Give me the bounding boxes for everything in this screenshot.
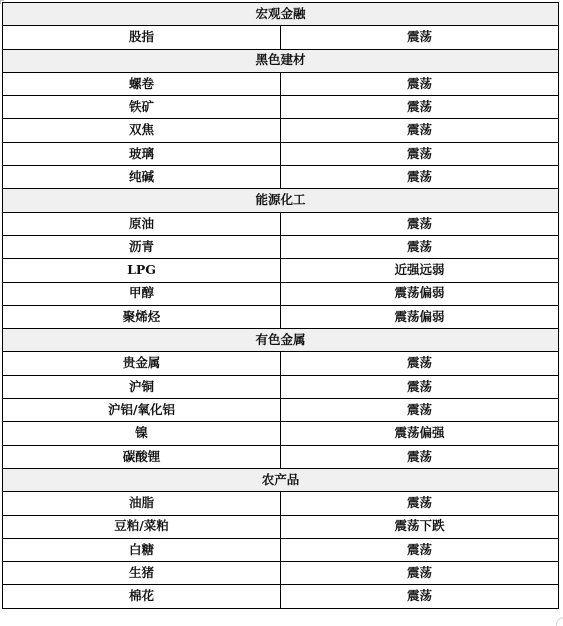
commodity-name: 沪铜 bbox=[3, 375, 281, 398]
commodity-name: 螺卷 bbox=[3, 72, 281, 95]
table-row: 生猪 震荡 bbox=[3, 562, 559, 585]
commodity-name: 甲醇 bbox=[3, 282, 281, 305]
table-row: 螺卷 震荡 bbox=[3, 72, 559, 95]
commodity-name: 棉花 bbox=[3, 585, 281, 608]
commodity-view: 震荡 bbox=[281, 585, 559, 608]
table-row: 镍 震荡偏强 bbox=[3, 422, 559, 445]
section-title: 农产品 bbox=[3, 468, 559, 491]
commodity-view: 震荡 bbox=[281, 399, 559, 422]
commodity-view: 震荡 bbox=[281, 445, 559, 468]
commodity-view: 近强远弱 bbox=[281, 259, 559, 282]
commodity-view: 震荡 bbox=[281, 119, 559, 142]
table-row: 纯碱 震荡 bbox=[3, 166, 559, 189]
commodity-name: 原油 bbox=[3, 212, 281, 235]
section-title: 能源化工 bbox=[3, 189, 559, 212]
commodity-view: 震荡 bbox=[281, 352, 559, 375]
commodity-name: 玻璃 bbox=[3, 142, 281, 165]
commodity-view: 震荡 bbox=[281, 212, 559, 235]
table-row: 白糖 震荡 bbox=[3, 538, 559, 561]
table-row: 聚烯烃 震荡偏弱 bbox=[3, 305, 559, 328]
commodity-view: 震荡 bbox=[281, 562, 559, 585]
commodity-name: 生猪 bbox=[3, 562, 281, 585]
table-row: 碳酸锂 震荡 bbox=[3, 445, 559, 468]
section-header-macro-finance: 宏观金融 bbox=[3, 3, 559, 26]
table-row: 沥青 震荡 bbox=[3, 235, 559, 258]
section-title: 宏观金融 bbox=[3, 3, 559, 26]
section-header-nonferrous-metals: 有色金属 bbox=[3, 329, 559, 352]
commodity-name: 聚烯烃 bbox=[3, 305, 281, 328]
table-row: 沪铝/氧化铝 震荡 bbox=[3, 399, 559, 422]
table-row: 沪铜 震荡 bbox=[3, 375, 559, 398]
commodity-view: 震荡偏弱 bbox=[281, 282, 559, 305]
table-row: 贵金属 震荡 bbox=[3, 352, 559, 375]
commodity-name: 双焦 bbox=[3, 119, 281, 142]
commodity-view: 震荡 bbox=[281, 492, 559, 515]
table-row: 双焦 震荡 bbox=[3, 119, 559, 142]
table-row: 豆粕/菜粕 震荡下跌 bbox=[3, 515, 559, 538]
table-row: LPG 近强远弱 bbox=[3, 259, 559, 282]
table-row: 铁矿 震荡 bbox=[3, 96, 559, 119]
section-header-ferrous-building: 黑色建材 bbox=[3, 49, 559, 72]
window-corner-decoration bbox=[556, 617, 563, 626]
table-row: 油脂 震荡 bbox=[3, 492, 559, 515]
commodity-view: 震荡 bbox=[281, 26, 559, 49]
commodity-view: 震荡偏强 bbox=[281, 422, 559, 445]
commodity-name: 碳酸锂 bbox=[3, 445, 281, 468]
commodity-name: 沥青 bbox=[3, 235, 281, 258]
commodity-name: 沪铝/氧化铝 bbox=[3, 399, 281, 422]
commodity-name: 镍 bbox=[3, 422, 281, 445]
commodity-view: 震荡 bbox=[281, 235, 559, 258]
commodity-name: 白糖 bbox=[3, 538, 281, 561]
section-title: 黑色建材 bbox=[3, 49, 559, 72]
commodity-name: 纯碱 bbox=[3, 166, 281, 189]
commodity-view: 震荡 bbox=[281, 96, 559, 119]
commodity-name: 豆粕/菜粕 bbox=[3, 515, 281, 538]
section-title: 有色金属 bbox=[3, 329, 559, 352]
commodity-view: 震荡 bbox=[281, 375, 559, 398]
commodity-name: 铁矿 bbox=[3, 96, 281, 119]
commodity-name: 油脂 bbox=[3, 492, 281, 515]
commodity-name: LPG bbox=[3, 259, 281, 282]
section-header-agricultural: 农产品 bbox=[3, 468, 559, 491]
table-row: 棉花 震荡 bbox=[3, 585, 559, 608]
section-header-energy-chemicals: 能源化工 bbox=[3, 189, 559, 212]
commodity-view: 震荡 bbox=[281, 538, 559, 561]
commodity-view: 震荡偏弱 bbox=[281, 305, 559, 328]
commodity-name: 股指 bbox=[3, 26, 281, 49]
commodity-view: 震荡下跌 bbox=[281, 515, 559, 538]
commodity-name: 贵金属 bbox=[3, 352, 281, 375]
commodity-view: 震荡 bbox=[281, 142, 559, 165]
market-outlook-table: 宏观金融 股指 震荡 黑色建材 螺卷 震荡 铁矿 震荡 双焦 震荡 玻璃 震荡 … bbox=[2, 2, 559, 609]
table-row: 原油 震荡 bbox=[3, 212, 559, 235]
table-row: 甲醇 震荡偏弱 bbox=[3, 282, 559, 305]
commodity-view: 震荡 bbox=[281, 72, 559, 95]
table-row: 玻璃 震荡 bbox=[3, 142, 559, 165]
table-row: 股指 震荡 bbox=[3, 26, 559, 49]
commodity-view: 震荡 bbox=[281, 166, 559, 189]
